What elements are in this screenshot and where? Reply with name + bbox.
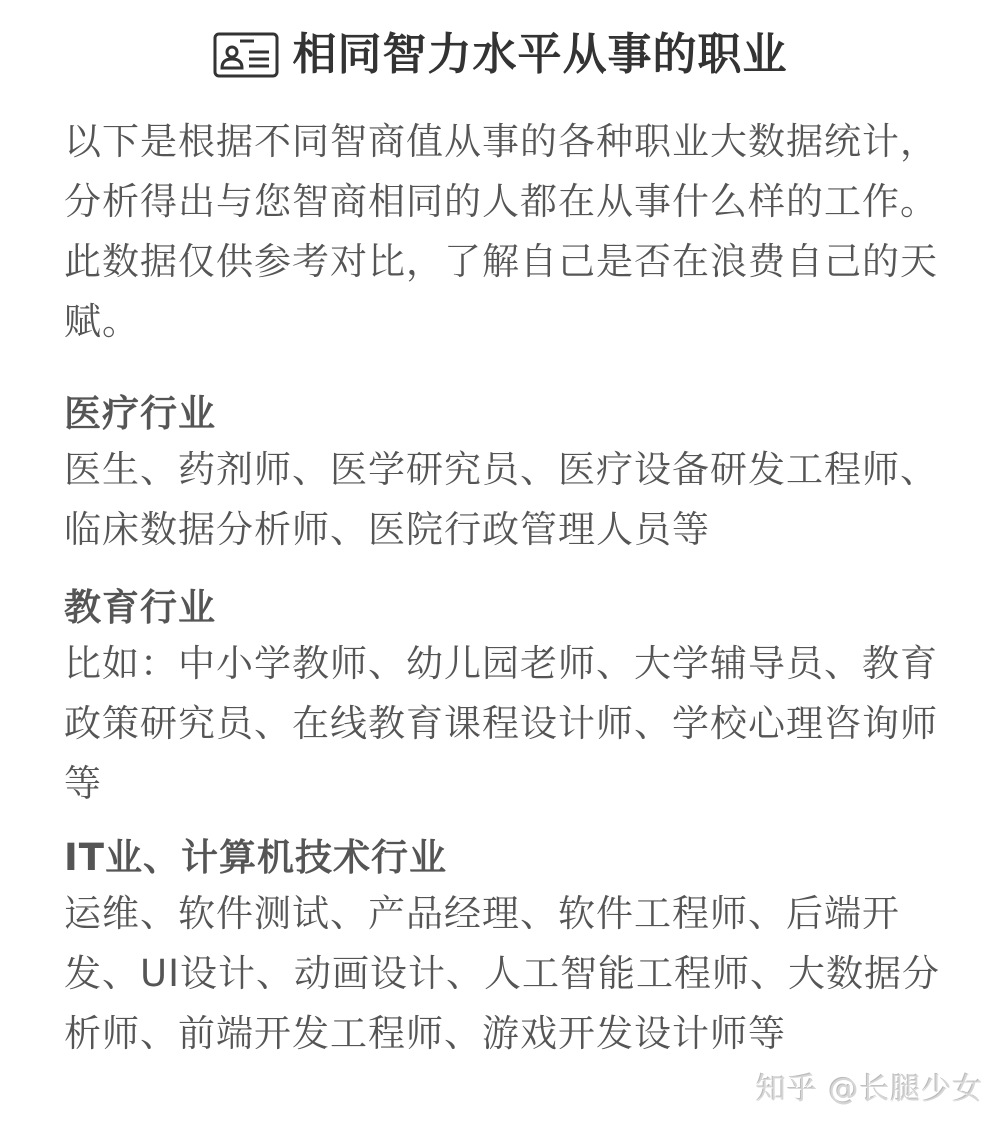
section-heading: 医疗行业 <box>64 388 944 440</box>
section-heading: 教育行业 <box>64 582 944 634</box>
section-it: IT业、计算机技术行业 运维、软件测试、产品经理、软件工程师、后端开发、UI设计… <box>64 832 944 1064</box>
id-card-icon <box>213 32 279 78</box>
section-medical: 医疗行业 医生、药剂师、医学研究员、医疗设备研发工程师、临床数据分析师、医院行政… <box>64 388 944 560</box>
section-education: 教育行业 比如：中小学教师、幼儿园老师、大学辅导员、教育政策研究员、在线教育课程… <box>64 582 944 814</box>
intro-paragraph: 以下是根据不同智商值从事的各种职业大数据统计，分析得出与您智商相同的人都在从事什… <box>64 112 944 352</box>
page-title: 相同智力水平从事的职业 <box>293 33 788 77</box>
page-header: 相同智力水平从事的职业 <box>0 24 1000 86</box>
watermark: 知乎 @长腿少女 <box>756 1064 984 1108</box>
section-heading: IT业、计算机技术行业 <box>64 832 944 884</box>
section-body: 比如：中小学教师、幼儿园老师、大学辅导员、教育政策研究员、在线教育课程设计师、学… <box>64 634 944 814</box>
section-body: 医生、药剂师、医学研究员、医疗设备研发工程师、临床数据分析师、医院行政管理人员等 <box>64 440 944 560</box>
section-body: 运维、软件测试、产品经理、软件工程师、后端开发、UI设计、动画设计、人工智能工程… <box>64 884 944 1064</box>
